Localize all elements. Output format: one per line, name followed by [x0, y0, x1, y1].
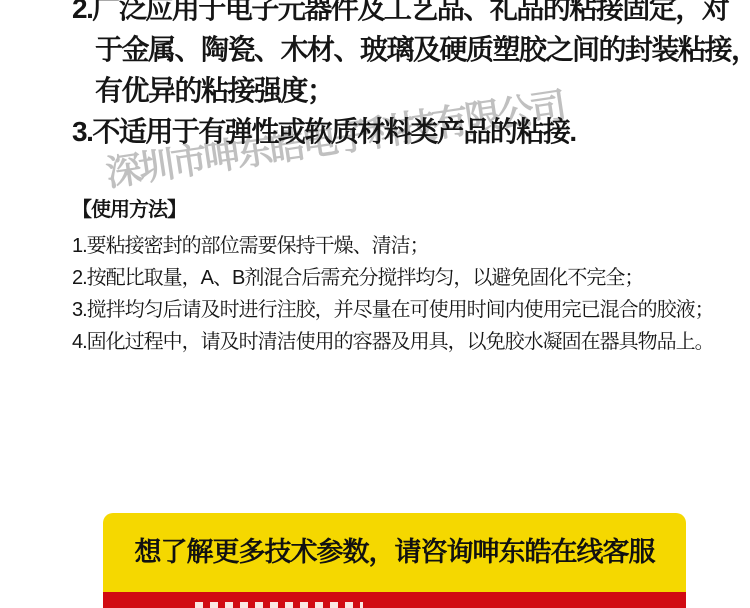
cta-banner-text: 想了解更多技术参数，请咨询呻东皓在线客服: [103, 513, 686, 592]
application-notes: 2.广泛应用于电子元器件及工艺品、礼品的粘接固定，对 于金属、陶瓷、木材、玻璃及…: [72, 0, 750, 152]
bottom-red-bar: [103, 592, 686, 608]
usage-item: 4.固化过程中，请及时清洁使用的容器及用具，以免胶水凝固在器具物品上。: [72, 326, 742, 358]
application-note-line: 3.不适用于有弹性或软质材料类产品的粘接.: [72, 111, 750, 152]
application-note-line: 2.广泛应用于电子元器件及工艺品、礼品的粘接固定，对: [72, 0, 750, 29]
usage-instructions: 【使用方法】 1.要粘接密封的部位需要保持干燥、清洁； 2.按配比取量，A、B剂…: [72, 196, 742, 358]
clipped-text-fragments: [195, 602, 363, 608]
application-note-line: 于金属、陶瓷、木材、玻璃及硬质塑胶之间的封装粘接，: [72, 29, 750, 70]
usage-item: 2.按配比取量，A、B剂混合后需充分搅拌均匀，以避免固化不完全；: [72, 262, 742, 294]
application-note-line: 有优异的粘接强度；: [72, 70, 750, 111]
customer-service-cta-banner[interactable]: 想了解更多技术参数，请咨询呻东皓在线客服: [103, 513, 686, 592]
usage-item: 3.搅拌均匀后请及时进行注胶，并尽量在可使用时间内使用完已混合的胶液；: [72, 294, 742, 326]
usage-item: 1.要粘接密封的部位需要保持干燥、清洁；: [72, 230, 742, 262]
usage-heading: 【使用方法】: [72, 196, 742, 224]
usage-item-list: 1.要粘接密封的部位需要保持干燥、清洁； 2.按配比取量，A、B剂混合后需充分搅…: [72, 230, 742, 358]
product-detail-section: 深圳市呻东皓电子科技有限公司 2.广泛应用于电子元器件及工艺品、礼品的粘接固定，…: [0, 0, 750, 608]
